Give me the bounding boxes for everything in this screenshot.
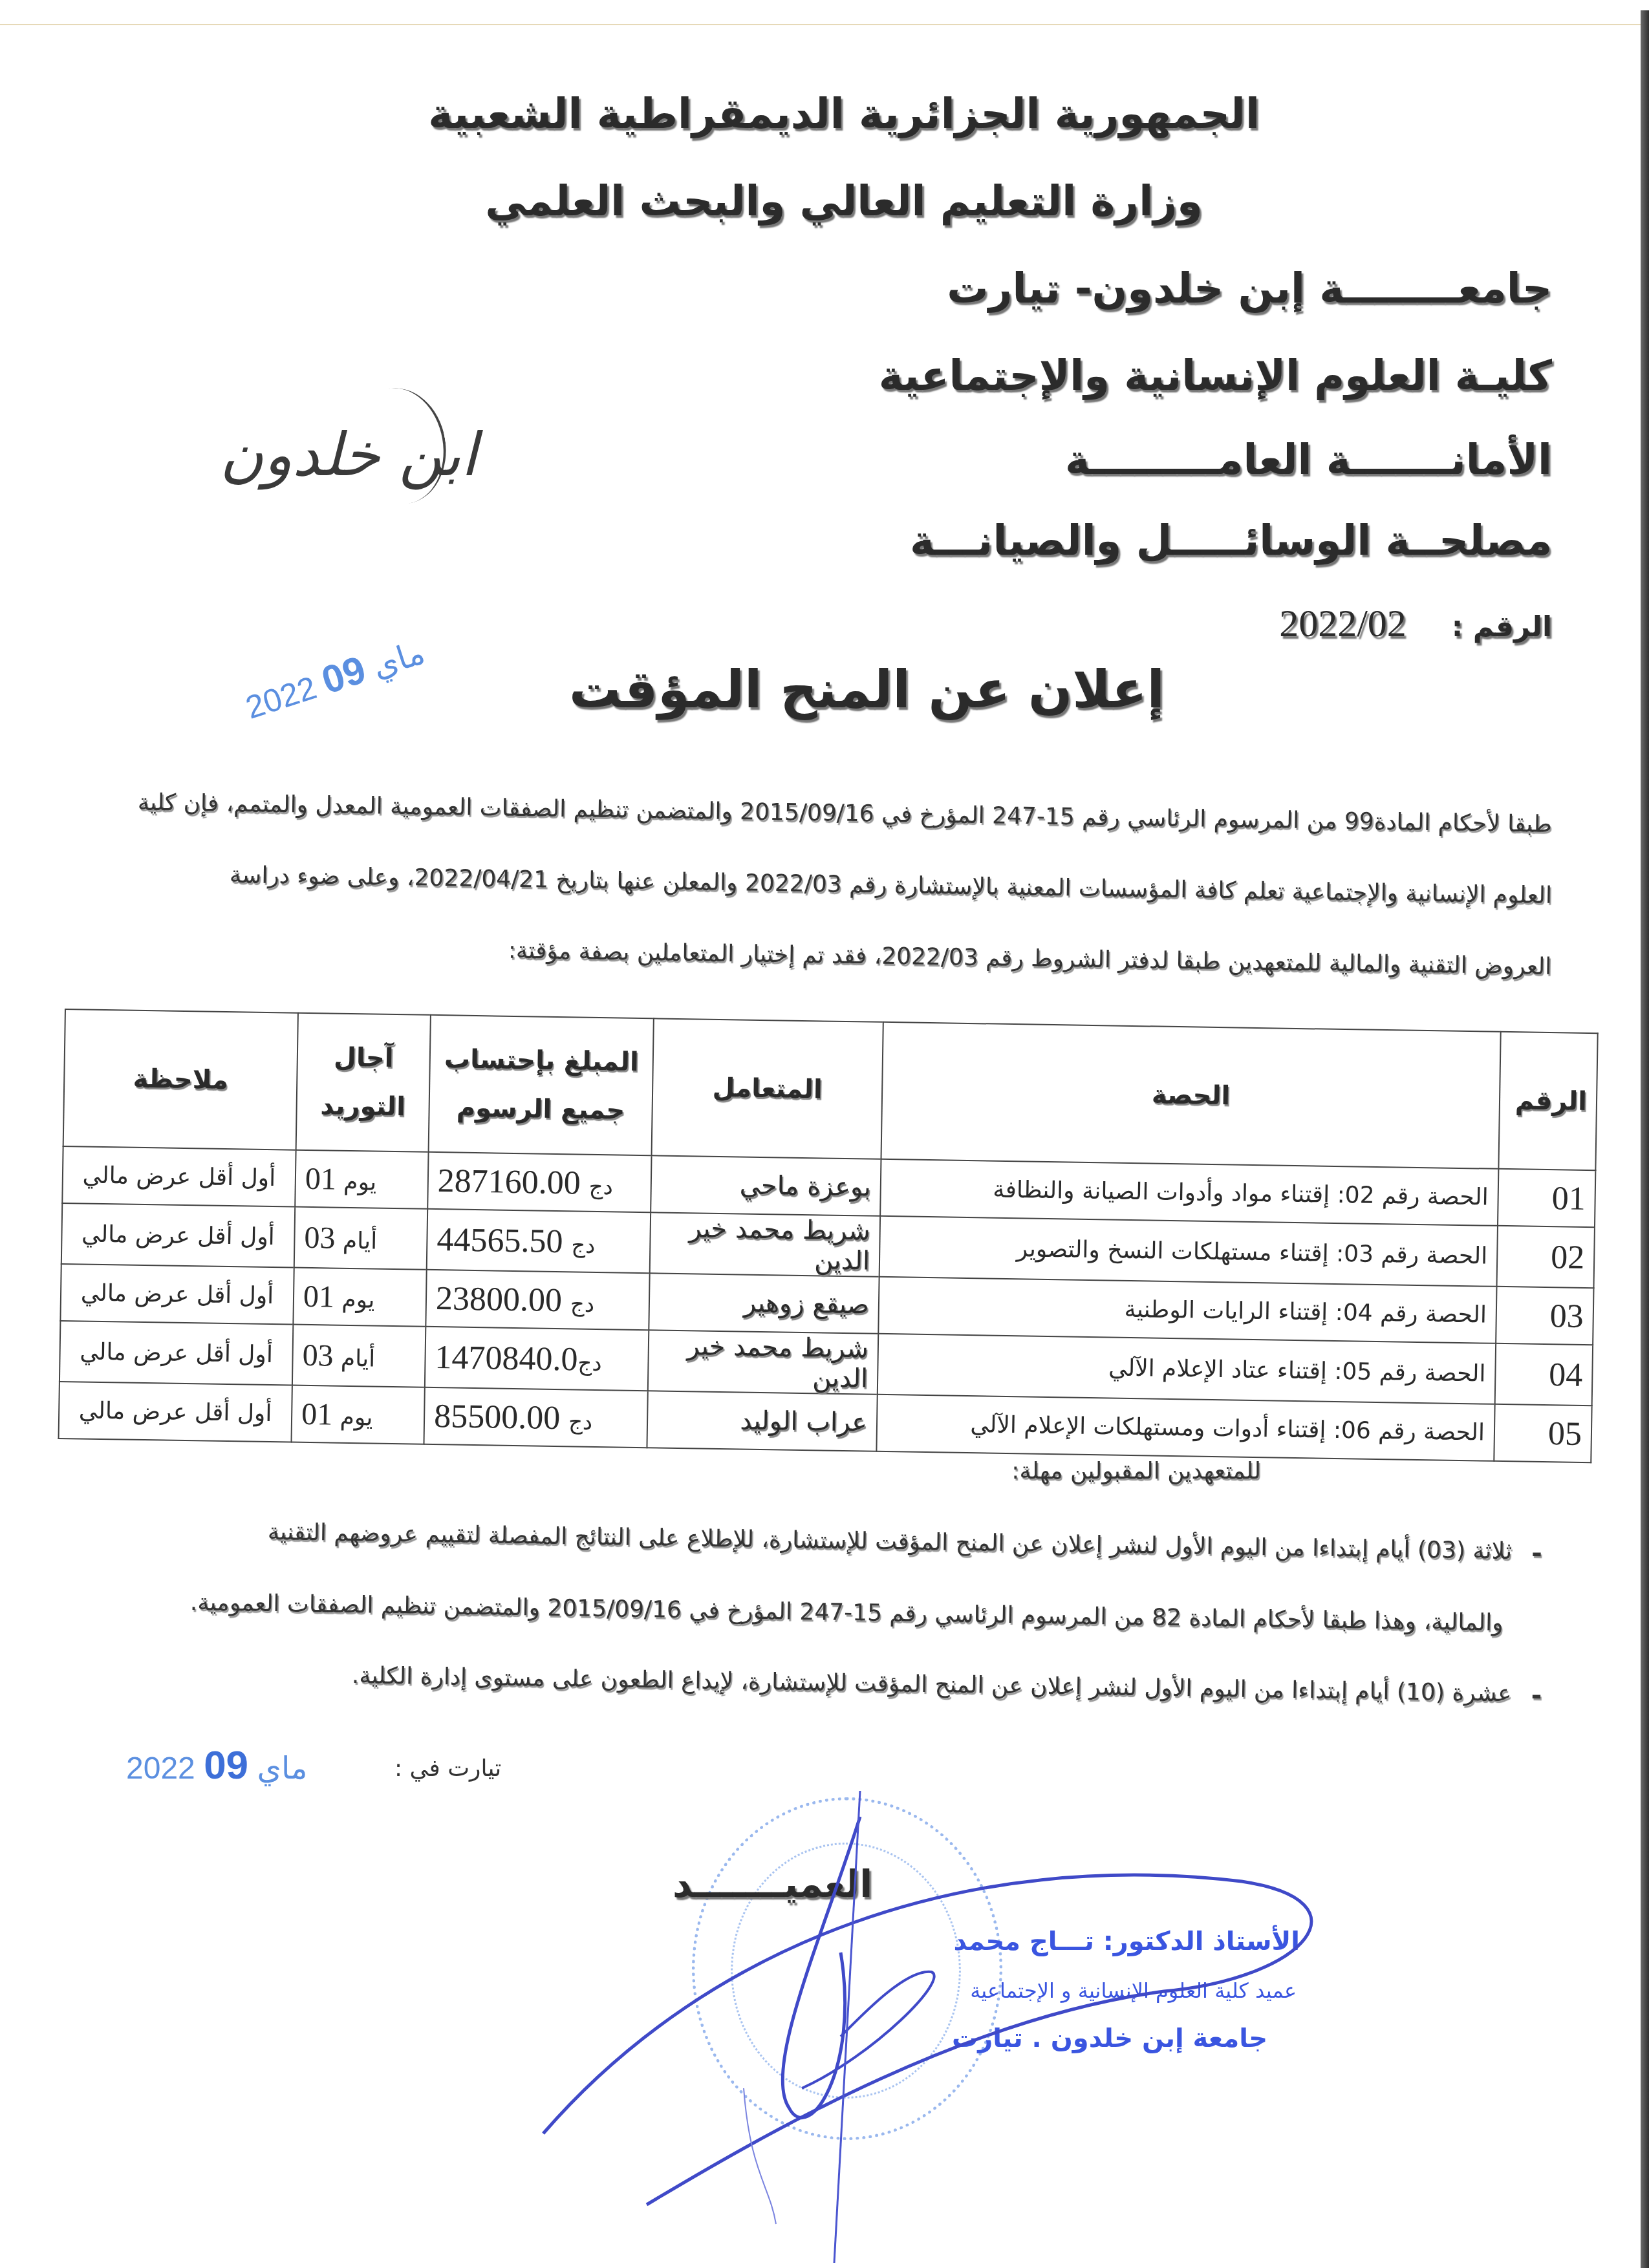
delay-number: 03 [302, 1338, 334, 1373]
header-delay-line2: التوريد [306, 1082, 420, 1132]
header-amount-line1: المبلغ بإحتساب [439, 1035, 643, 1087]
cell-amount: دج1470840.0 [425, 1327, 649, 1391]
intro-line-2: العلوم الإنسانية والإجتماعية تعلم كافة ا… [229, 862, 1552, 909]
cell-note: أول أقل عرض مالي [62, 1146, 296, 1207]
currency: دج [570, 1291, 595, 1318]
stamp-year: 2022 [241, 669, 321, 726]
delay-number: 03 [304, 1220, 336, 1255]
stamp-day: 09 [316, 648, 371, 702]
table-header-row: الرقم الحصة المتعامل المبلغ بإحتساب جميع… [63, 1009, 1598, 1170]
currency: دج [577, 1350, 602, 1376]
received-date-stamp: 2022 ماي 09 [239, 628, 429, 727]
cell-delay: أيام 03 [294, 1207, 427, 1270]
deadline-bullet-2: - عشرة (10) أيام إبتداءا من اليوم الأول … [352, 1662, 1542, 1711]
delay-unit: يوم [343, 1168, 377, 1195]
place-label: تيارت في : [394, 1755, 501, 1782]
cell-supplier: عراب الوليد [647, 1391, 877, 1451]
cell-supplier: شريط محمد خير الدين [650, 1212, 880, 1277]
cell-amount: دج 287160.00 [427, 1152, 651, 1212]
cell-amount: دج 23800.00 [426, 1270, 649, 1330]
delay-number: 01 [305, 1161, 337, 1196]
signatory-university: جامعة إبن خلدون . تيارت [952, 2024, 1267, 2053]
delay-number: 01 [303, 1279, 335, 1314]
cell-lot: الحصة رقم 02: إقتناء مواد وأدوات الصيانة… [880, 1159, 1498, 1226]
bullet-1-line-2: والمالية، وهذا طبقا لأحكام المادة 82 من … [190, 1589, 1503, 1636]
deadline-bullet-1: - ثلاثة (03) أيام إبتداءا من اليوم الأول… [267, 1519, 1542, 1568]
scanned-document-page: الجمهورية الجزائرية الديمقراطية الشعبية … [0, 0, 1649, 2268]
cell-supplier: صيقع زوهير [649, 1273, 879, 1334]
scan-right-edge [1641, 10, 1649, 2268]
cell-note: أول أقل عرض مالي [59, 1321, 293, 1385]
bullet-2-text: عشرة (10) أيام إبتداءا من اليوم الأول لن… [352, 1662, 1512, 1710]
stamp-month: ماي [368, 634, 429, 685]
scan-top-edge [0, 24, 1641, 25]
intro-line-1: طبقا لأحكام المادة99 من المرسوم الرئاسي … [138, 789, 1552, 838]
document-title: إعلان عن المنح المؤقت [569, 659, 1165, 720]
intro-line-3: العروض التقنية والمالية للمتعهدين طبقا ل… [508, 937, 1552, 980]
amount-value: 287160.00 [437, 1162, 581, 1201]
cell-num: 01 [1498, 1169, 1595, 1227]
date-year: 2022 [126, 1751, 195, 1786]
delay-number: 01 [301, 1396, 333, 1431]
currency: دج [571, 1232, 596, 1259]
bullet-dash-icon: - [1531, 1539, 1542, 1568]
header-supplier: المتعامل [652, 1018, 883, 1159]
delay-unit: أيام [341, 1345, 376, 1372]
header-delay: آجال التوريد [296, 1013, 431, 1152]
secretariat-name: الأمانـــــــة العامـــــــــة [1065, 436, 1552, 484]
republic-heading: الجمهورية الجزائرية الديمقراطية الشعبية [0, 91, 1649, 138]
currency: دج [568, 1409, 593, 1435]
delay-unit: أيام [343, 1227, 378, 1254]
deadlines-intro: للمتعهدين المقبولين مهلة: [1011, 1458, 1261, 1484]
cell-delay: أيام 03 [292, 1325, 426, 1387]
cell-delay: يوم 01 [292, 1385, 425, 1444]
cell-note: أول أقل عرض مالي [59, 1382, 292, 1442]
amount-value: 1470840.0 [435, 1339, 578, 1378]
header-delay-line1: آجال [307, 1033, 420, 1084]
cell-num: 05 [1494, 1404, 1591, 1462]
header-amount-line2: جميع الرسوم [438, 1084, 643, 1135]
delay-unit: يوم [339, 1404, 373, 1431]
date-day: 09 [204, 1743, 248, 1788]
header-lot: الحصة [881, 1022, 1500, 1169]
header-amount: المبلغ بإحتساب جميع الرسوم [429, 1015, 654, 1155]
header-num: الرقم [1498, 1032, 1597, 1170]
university-logo: ابن خلدون [220, 420, 477, 489]
currency: دج [588, 1173, 613, 1200]
ministry-heading: وزارة التعليم العالي والبحث العلمي [0, 178, 1649, 226]
signatory-name: الأستاذ الدكتور: تـــاج محمد [954, 1927, 1300, 1956]
award-table: الرقم الحصة المتعامل المبلغ بإحتساب جميع… [58, 1009, 1597, 1446]
delay-unit: يوم [341, 1286, 375, 1313]
reference-number: الرقم : 2022/02 [1279, 601, 1552, 646]
amount-value: 44565.50 [436, 1221, 563, 1260]
dean-title: العميـــــــد [673, 1862, 872, 1906]
header-note: ملاحظة [63, 1009, 298, 1150]
bullet-dash-icon: - [1531, 1681, 1542, 1711]
cell-supplier: بوعزة ماحي [651, 1155, 881, 1216]
service-name: مصلحــة الوسائـــــل والصيانـــة [910, 517, 1552, 565]
bullet-1-line-1: ثلاثة (03) أيام إبتداءا من اليوم الأول ل… [267, 1519, 1512, 1568]
cell-note: أول أقل عرض مالي [61, 1203, 295, 1268]
cell-supplier: شريط محمد خير الدين [648, 1330, 878, 1395]
amount-value: 85500.00 [434, 1398, 561, 1437]
signatory-position: عميد كلية العلوم الإنسانية و الإجتماعية [970, 1978, 1297, 2003]
cell-num: 04 [1495, 1343, 1593, 1406]
cell-num: 02 [1497, 1226, 1595, 1288]
cell-delay: يوم 01 [293, 1268, 426, 1327]
cell-num: 03 [1496, 1287, 1593, 1345]
cell-lot: الحصة رقم 04: إقتناء الرايات الوطنية [878, 1277, 1496, 1343]
faculty-name: كليـة العلوم الإنسانية والإجتماعية [879, 352, 1552, 400]
cell-delay: يوم 01 [295, 1150, 428, 1209]
reference-value: 2022/02 [1279, 601, 1406, 646]
amount-value: 23800.00 [436, 1280, 563, 1319]
cell-lot: الحصة رقم 05: إقتناء عتاد الإعلام الآلي [878, 1334, 1496, 1404]
cell-amount: دج 44565.50 [427, 1209, 651, 1273]
date-month: ماي [257, 1750, 307, 1786]
cell-note: أول أقل عرض مالي [60, 1264, 294, 1325]
cell-lot: الحصة رقم 06: إقتناء أدوات ومستهلكات الإ… [876, 1395, 1494, 1461]
signed-date-stamp: 2022 ماي 09 [126, 1742, 307, 1788]
reference-label: الرقم : [1452, 610, 1552, 643]
cell-lot: الحصة رقم 03: إقتناء مستهلكات النسخ والت… [879, 1216, 1498, 1287]
university-name: جامعــــــــة إبن خلدون- تيارت [947, 265, 1552, 313]
cell-amount: دج 85500.00 [424, 1387, 647, 1448]
